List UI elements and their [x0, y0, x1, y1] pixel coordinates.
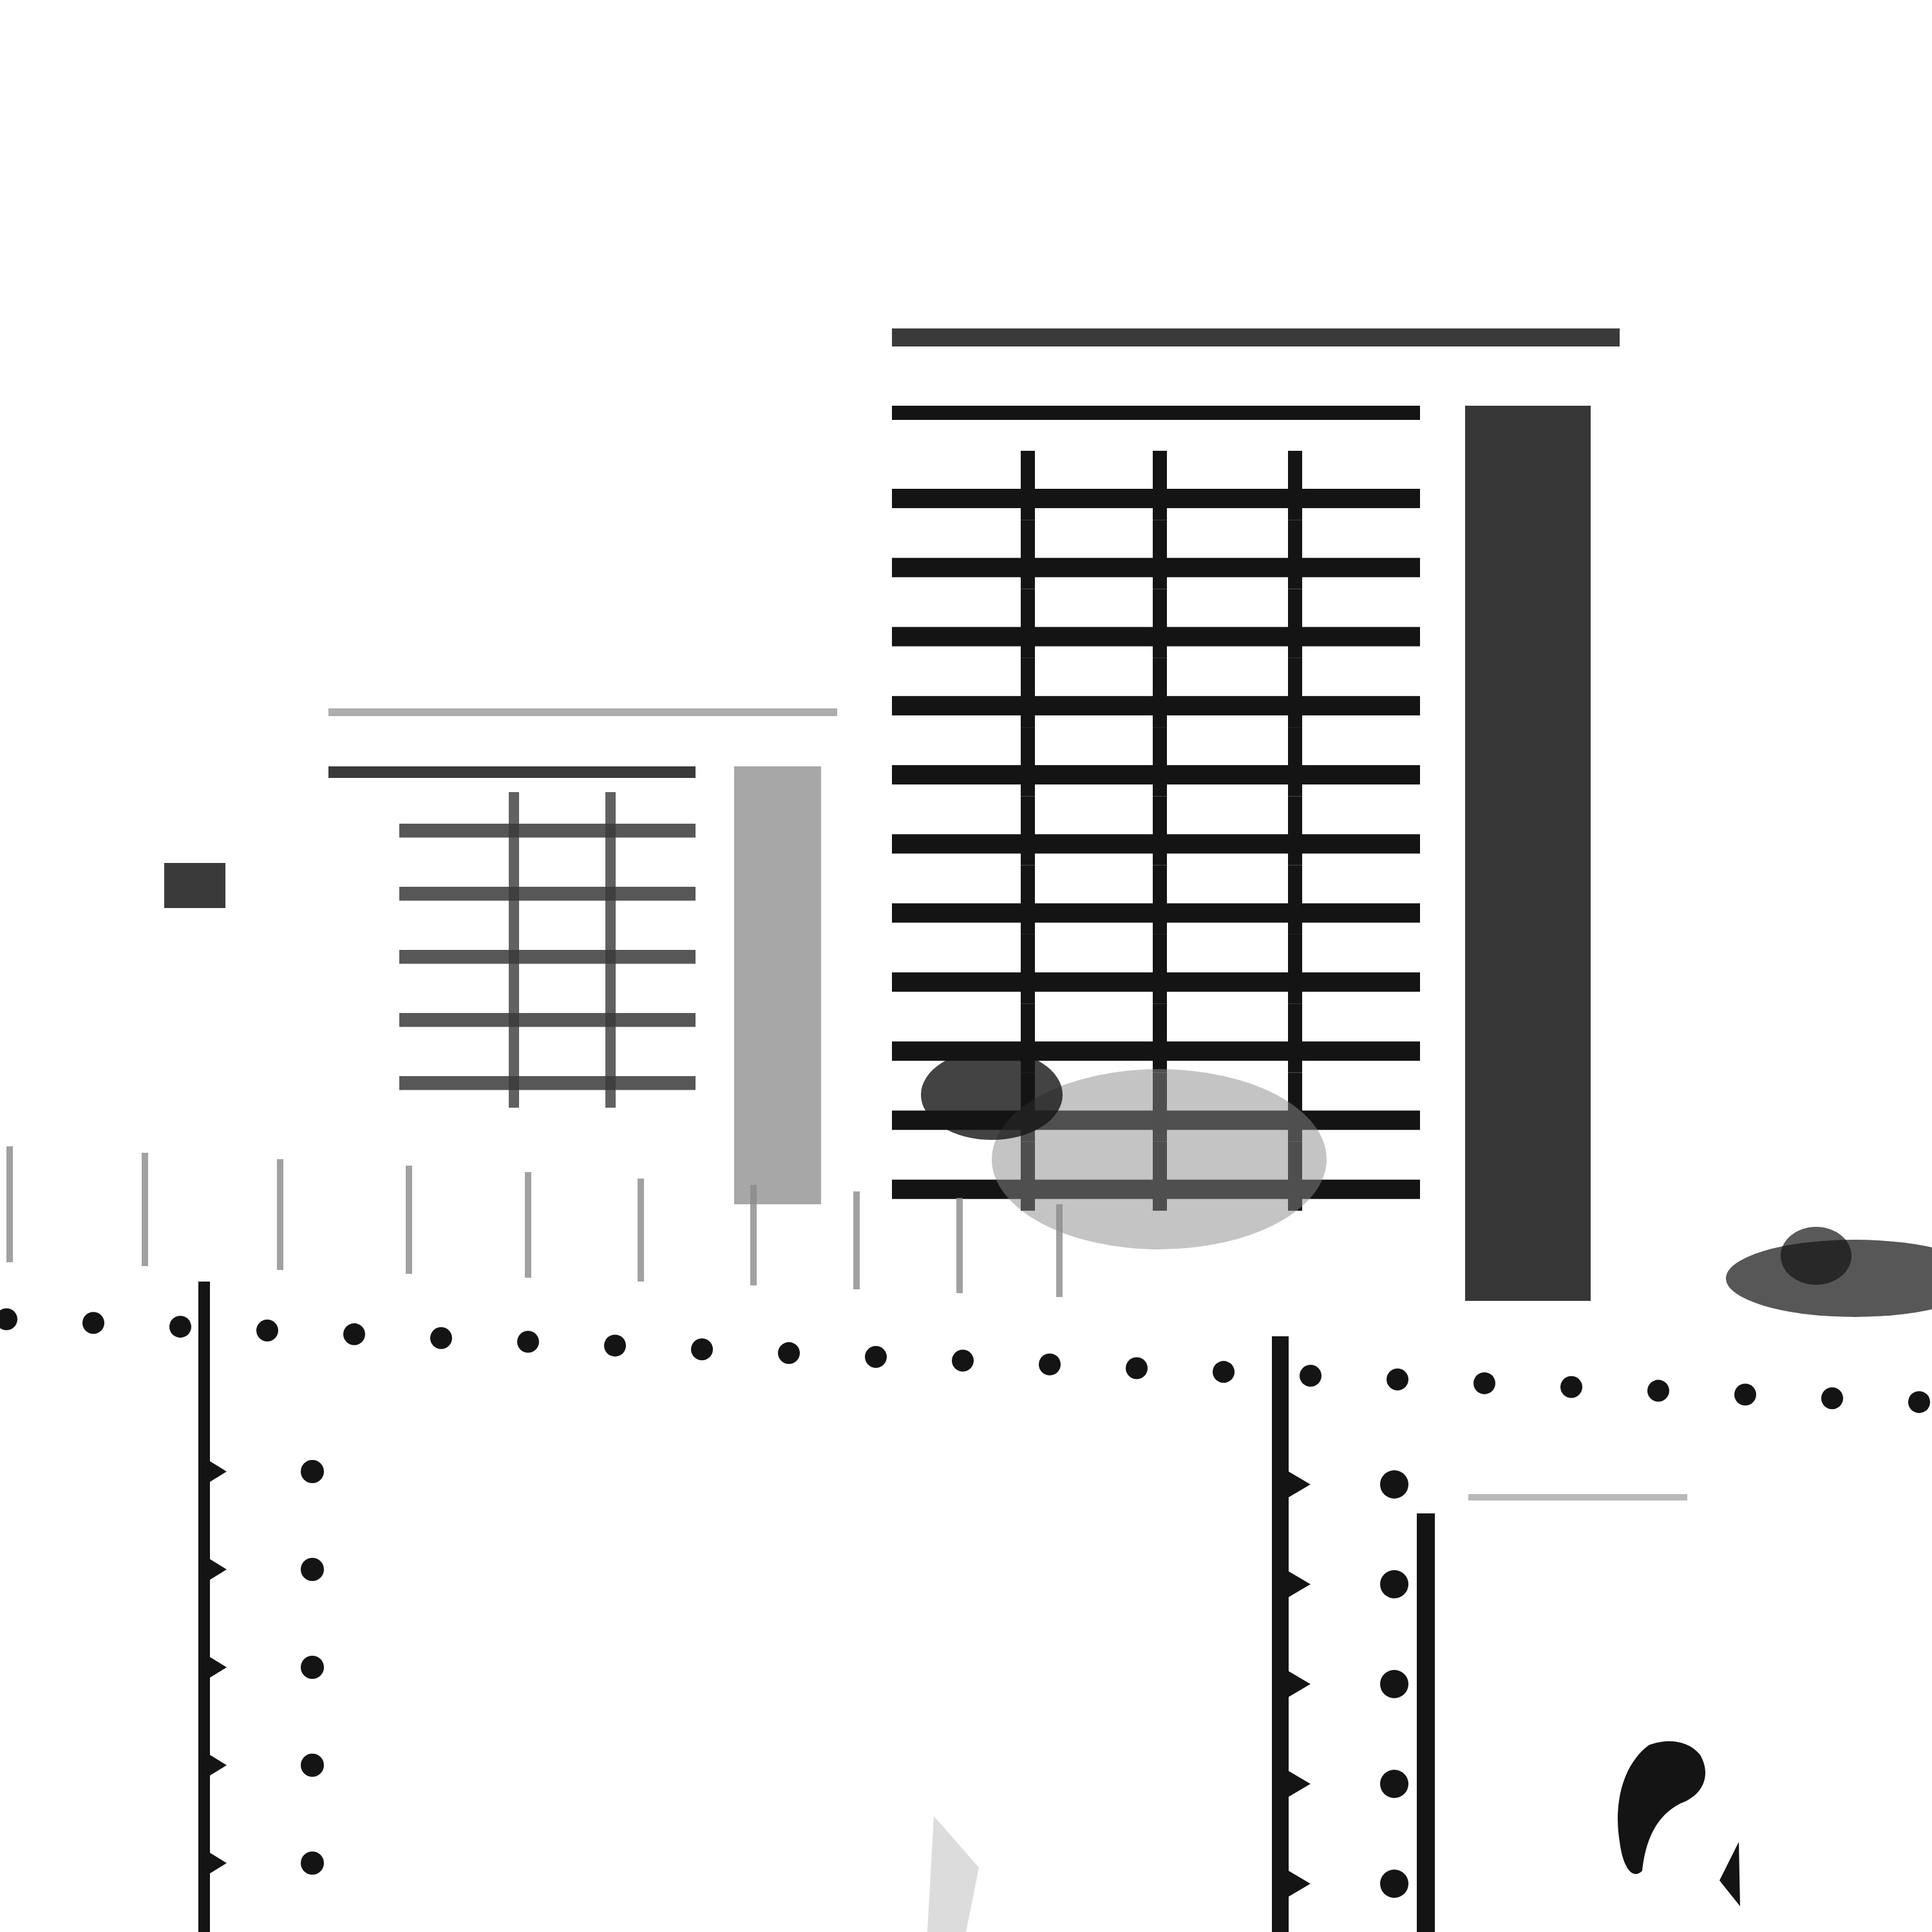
rivet [1647, 1380, 1669, 1402]
rivet [1473, 1372, 1495, 1394]
fence-post [525, 1172, 531, 1278]
photo-scene [0, 0, 1932, 1932]
floor-slab [399, 1076, 696, 1090]
rivet [778, 1342, 800, 1364]
rivet [952, 1350, 974, 1372]
rivet [1908, 1391, 1930, 1413]
rivet [169, 1316, 191, 1338]
rivet [517, 1331, 539, 1353]
rivet [1387, 1368, 1408, 1390]
rivet [82, 1312, 104, 1334]
shrub [1726, 1227, 1932, 1317]
fence-post [406, 1166, 412, 1274]
fence-post [142, 1153, 148, 1266]
fence-post [853, 1191, 860, 1289]
rivet [1126, 1357, 1148, 1379]
short-building [328, 708, 837, 1204]
figure-silhouette [927, 1741, 1740, 1932]
rivet [691, 1338, 713, 1360]
fence-post [277, 1159, 283, 1270]
rivet [1039, 1354, 1061, 1376]
rivet [0, 1308, 17, 1330]
rivet [1560, 1376, 1582, 1398]
tall-building [892, 328, 1620, 1301]
fence-post [638, 1179, 644, 1282]
floor-slab [399, 1013, 696, 1027]
fence-post [956, 1198, 963, 1293]
fence-post [1056, 1204, 1063, 1297]
floor-slab [399, 887, 696, 901]
tall-building-side-wall [1465, 406, 1591, 1301]
distant-object [164, 863, 225, 908]
rivet [1734, 1383, 1756, 1405]
rivet [865, 1346, 887, 1368]
short-building-side-wall [734, 766, 821, 1204]
rivet [1300, 1365, 1321, 1387]
rivet [604, 1334, 626, 1356]
rivet [343, 1323, 365, 1345]
fence-posts [6, 1146, 1063, 1297]
fence-post [750, 1185, 757, 1285]
rivet [1213, 1361, 1235, 1383]
rivet [430, 1327, 452, 1349]
floor-slab [399, 950, 696, 964]
fence-post [6, 1146, 13, 1262]
floor-slab [399, 824, 696, 838]
rivet [1821, 1387, 1843, 1409]
rivet [256, 1320, 278, 1341]
